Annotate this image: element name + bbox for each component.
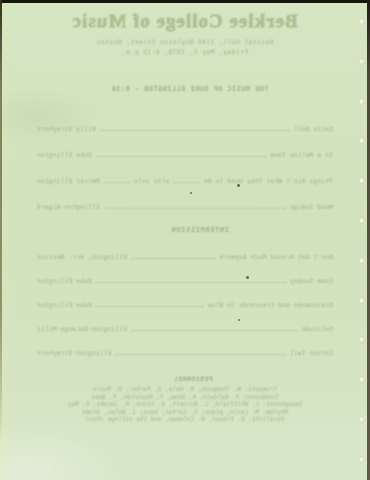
- ink-speck: [238, 319, 240, 321]
- composer-name: Duke Ellington: [37, 301, 92, 309]
- binding-hole: [359, 99, 364, 104]
- ink-speck: [237, 184, 240, 187]
- composer-name: Ellington-DeLange-Mills: [37, 325, 127, 333]
- binding-hole: [359, 138, 364, 143]
- dotted-leader: [104, 208, 286, 209]
- bleed-personnel-list: Trumpets: W. Thompson, R. Hale, G. Parke…: [0, 386, 370, 424]
- bleed-personnel-line: Trombones: P. Baldwin, K. Shaw, T. Reyno…: [0, 394, 370, 402]
- dotted-leader: [100, 130, 290, 131]
- binding-hole: [359, 218, 364, 223]
- bleed-program-row: Mood IndigoEllington-Bigard: [37, 203, 333, 211]
- piece-title: Mood Indigo: [290, 203, 333, 211]
- piece-title: Diminuendo and Crescendo in Blue: [208, 301, 333, 309]
- bleed-concert-heading: THE MUSIC OF DUKE ELLINGTON - 8:30: [10, 85, 370, 93]
- bleed-personnel-line: Saxophones: L. Whitfield, C. Burnett, A.…: [0, 401, 370, 409]
- piece-title: Things Ain't What They Used to Be: [204, 177, 333, 185]
- ink-speck: [190, 192, 192, 194]
- binding-hole: [359, 178, 364, 183]
- binding-hole: [359, 377, 364, 382]
- dotted-leader: [96, 282, 286, 283]
- binding-hole: [359, 59, 364, 64]
- composer-name: Ellington-Bigard: [37, 203, 100, 211]
- dotted-leader: [173, 182, 200, 183]
- bleed-program-part1: Satin DollBilly StrayhornIn a Mellow Ton…: [37, 125, 333, 211]
- dotted-leader: [96, 306, 204, 307]
- piece-title: Come Sunday: [290, 277, 333, 285]
- binding-hole: [359, 337, 364, 342]
- bleed-program-row: Diminuendo and Crescendo in BlueDuke Ell…: [37, 301, 333, 309]
- composer-name: Mercer Ellington: [37, 177, 100, 185]
- dotted-leader: [131, 258, 215, 259]
- bleed-program-row: Come SundayDuke Ellington: [37, 277, 333, 285]
- dotted-leader: [115, 354, 286, 355]
- composer-name: Billy Strayhorn: [37, 125, 96, 133]
- composer-name: Ellington-Strayhorn: [37, 349, 111, 357]
- bleed-program-row: In a Mellow ToneDuke Ellington: [37, 151, 333, 159]
- binding-hole: [359, 417, 364, 422]
- piece-title: In a Mellow Tone: [270, 151, 333, 159]
- composer-name: Duke Ellington: [37, 277, 92, 285]
- bleed-personnel-heading: PERSONNEL: [16, 375, 370, 383]
- dotted-leader: [131, 330, 298, 331]
- bleed-personnel-line: Vocalists: D. Fraser, N. Coleman, and th…: [0, 416, 370, 424]
- piece-title: Solitude: [302, 325, 333, 333]
- bleed-personnel-line: Trumpets: W. Thompson, R. Hale, G. Parke…: [0, 386, 370, 394]
- dotted-leader: [104, 182, 131, 183]
- composer-name: Ellington, arr. Nestico: [37, 253, 127, 261]
- bleed-program-part2: Don't Get Around Much AnymoreEllington, …: [37, 253, 333, 357]
- binding-hole: [359, 457, 364, 462]
- composer-name: Duke Ellington: [37, 151, 92, 159]
- scanned-page: Berklee College of Music Recital Hall, 1…: [0, 0, 370, 480]
- binding-hole: [359, 19, 364, 24]
- bleed-intermission-heading: INTERMISSION: [30, 226, 370, 234]
- binding-hole: [359, 258, 364, 263]
- bleed-program-row: Don't Get Around Much AnymoreEllington, …: [37, 253, 333, 261]
- bleed-program-row: Satin DollBilly Strayhorn: [37, 125, 333, 133]
- piece-title: Cotton Tail: [290, 349, 333, 357]
- bleed-venue-line: Recital Hall, 1140 Boylston Street, Bost…: [0, 38, 370, 46]
- bleed-program-row: SolitudeEllington-DeLange-Mills: [37, 325, 333, 333]
- dotted-leader: [96, 156, 267, 157]
- showthrough-layer: Berklee College of Music Recital Hall, 1…: [0, 0, 370, 480]
- piece-title: Satin Doll: [294, 125, 333, 133]
- bleed-personnel-line: Rhythm: M. Levin, piano; S. Carter, bass…: [0, 409, 370, 417]
- bleed-program-row: Things Ain't What They Used to Bealto so…: [37, 177, 333, 185]
- piece-title: Don't Get Around Much Anymore: [220, 253, 334, 261]
- bleed-date-line: Friday, May 5, 1978, 8:15 p.m.: [0, 48, 370, 56]
- piece-note: alto solo: [134, 177, 169, 185]
- bleed-college-title: Berklee College of Music: [0, 11, 370, 33]
- bleed-program-row: Cotton TailEllington-Strayhorn: [37, 349, 333, 357]
- binding-hole: [359, 298, 364, 303]
- ink-speck: [246, 276, 249, 279]
